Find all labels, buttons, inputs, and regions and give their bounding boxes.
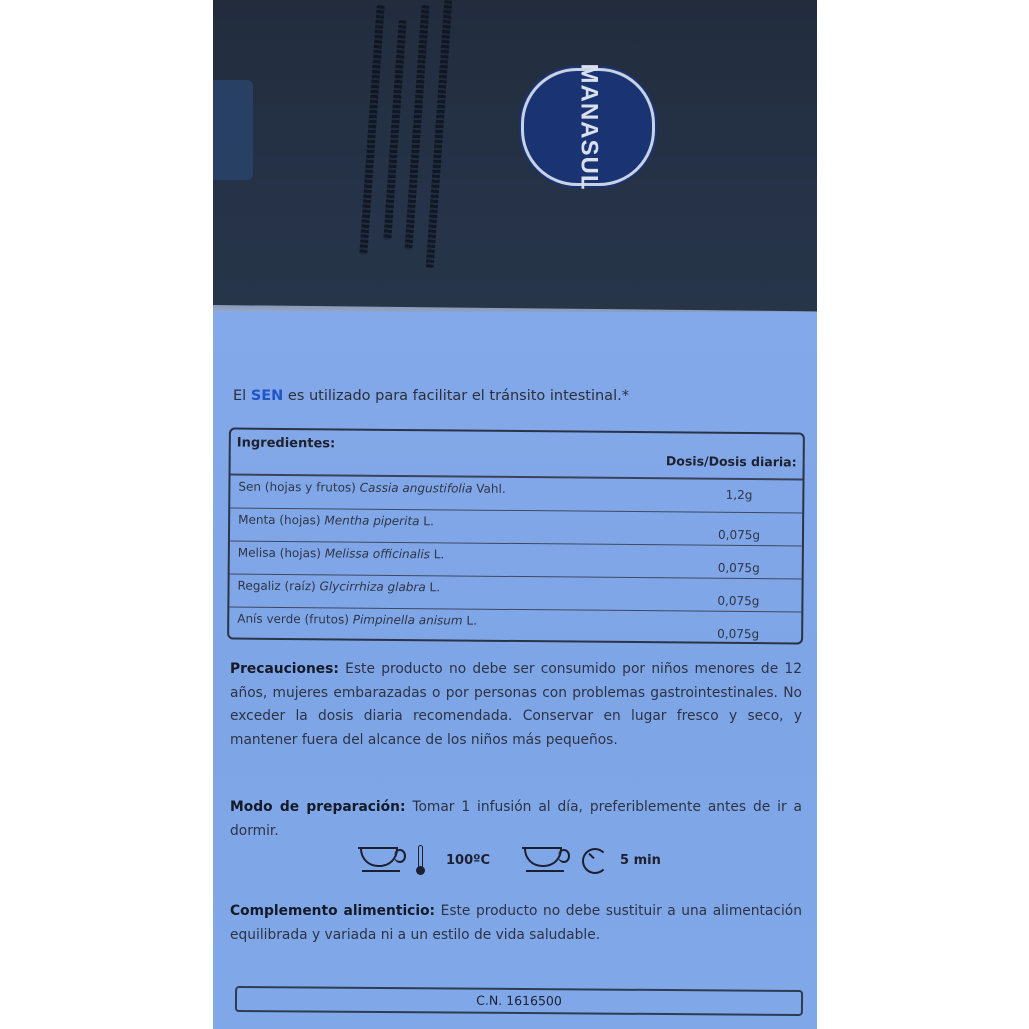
preparation-label: Modo de preparación:	[230, 799, 405, 815]
ingredient-dose: 0,075g	[718, 528, 760, 542]
intro-highlight: SEN	[251, 388, 283, 404]
ingredient-name: Menta (hojas) Mentha piperita L.	[238, 513, 434, 529]
ingredient-dose: 0,075g	[717, 594, 759, 608]
ingredient-dose: 0,075g	[718, 561, 760, 575]
ingredient-name: Regaliz (raíz) Glycirrhiza glabra L.	[237, 579, 440, 595]
vertical-text-line	[383, 20, 406, 240]
table-row: Menta (hojas) Mentha piperita L. 0,075g	[230, 509, 802, 547]
brand-logo: MANASUL	[521, 68, 655, 186]
ingredients-table: Ingredientes: Dosis/Dosis diaria: Sen (h…	[227, 427, 805, 644]
ingredient-name: Melisa (hojas) Melissa officinalis L.	[238, 546, 445, 562]
time-value: 5 min	[620, 853, 661, 868]
intro-prefix: El	[233, 388, 251, 404]
table-row: Sen (hojas y frutos) Cassia angustifolia…	[230, 476, 802, 514]
side-tab	[213, 80, 253, 180]
intro-statement: El SEN es utilizado para facilitar el tr…	[233, 388, 629, 404]
intro-suffix: es utilizado para facilitar el tránsito …	[283, 388, 629, 404]
ingredient-name: Anís verde (frutos) Pimpinella anisum L.	[237, 612, 477, 628]
vertical-text-line	[426, 0, 453, 268]
vertical-text-line	[404, 5, 429, 250]
temperature-value: 100ºC	[446, 853, 490, 868]
table-row: Regaliz (raíz) Glycirrhiza glabra L. 0,0…	[229, 575, 801, 613]
cup-icon	[358, 845, 408, 875]
ingredient-dose: 0,075g	[717, 627, 759, 641]
product-label: El SEN es utilizado para facilitar el tr…	[213, 312, 817, 1029]
table-row: Melisa (hojas) Melissa officinalis L. 0,…	[230, 542, 802, 580]
precautions-label: Precauciones:	[230, 661, 339, 677]
preparation-paragraph: Modo de preparación: Tomar 1 infusión al…	[230, 796, 802, 843]
thermometer-icon	[416, 845, 424, 875]
supplement-label: Complemento alimenticio:	[230, 903, 435, 919]
box-top-flap: MANASUL	[213, 0, 817, 312]
timer-icon	[580, 846, 608, 874]
header-dose: Dosis/Dosis diaria:	[666, 453, 797, 469]
header-ingredients: Ingredientes:	[237, 436, 336, 452]
preparation-icons: 100ºC 5 min	[358, 842, 661, 878]
table-header: Ingredientes: Dosis/Dosis diaria:	[231, 430, 803, 481]
brand-logo-text: MANASUL	[574, 64, 602, 191]
ingredient-name: Sen (hojas y frutos) Cassia angustifolia…	[238, 480, 505, 496]
ingredient-dose: 1,2g	[726, 488, 753, 502]
product-box-photo: MANASUL El SEN es utilizado para facilit…	[213, 0, 817, 1029]
vertical-text-line	[359, 5, 384, 255]
national-code-box: C.N. 1616500	[235, 986, 803, 1016]
precautions-paragraph: Precauciones: Este producto no debe ser …	[230, 658, 802, 752]
table-row: Anís verde (frutos) Pimpinella anisum L.…	[229, 608, 801, 645]
supplement-paragraph: Complemento alimenticio: Este producto n…	[230, 900, 802, 947]
cup-icon	[522, 845, 572, 875]
